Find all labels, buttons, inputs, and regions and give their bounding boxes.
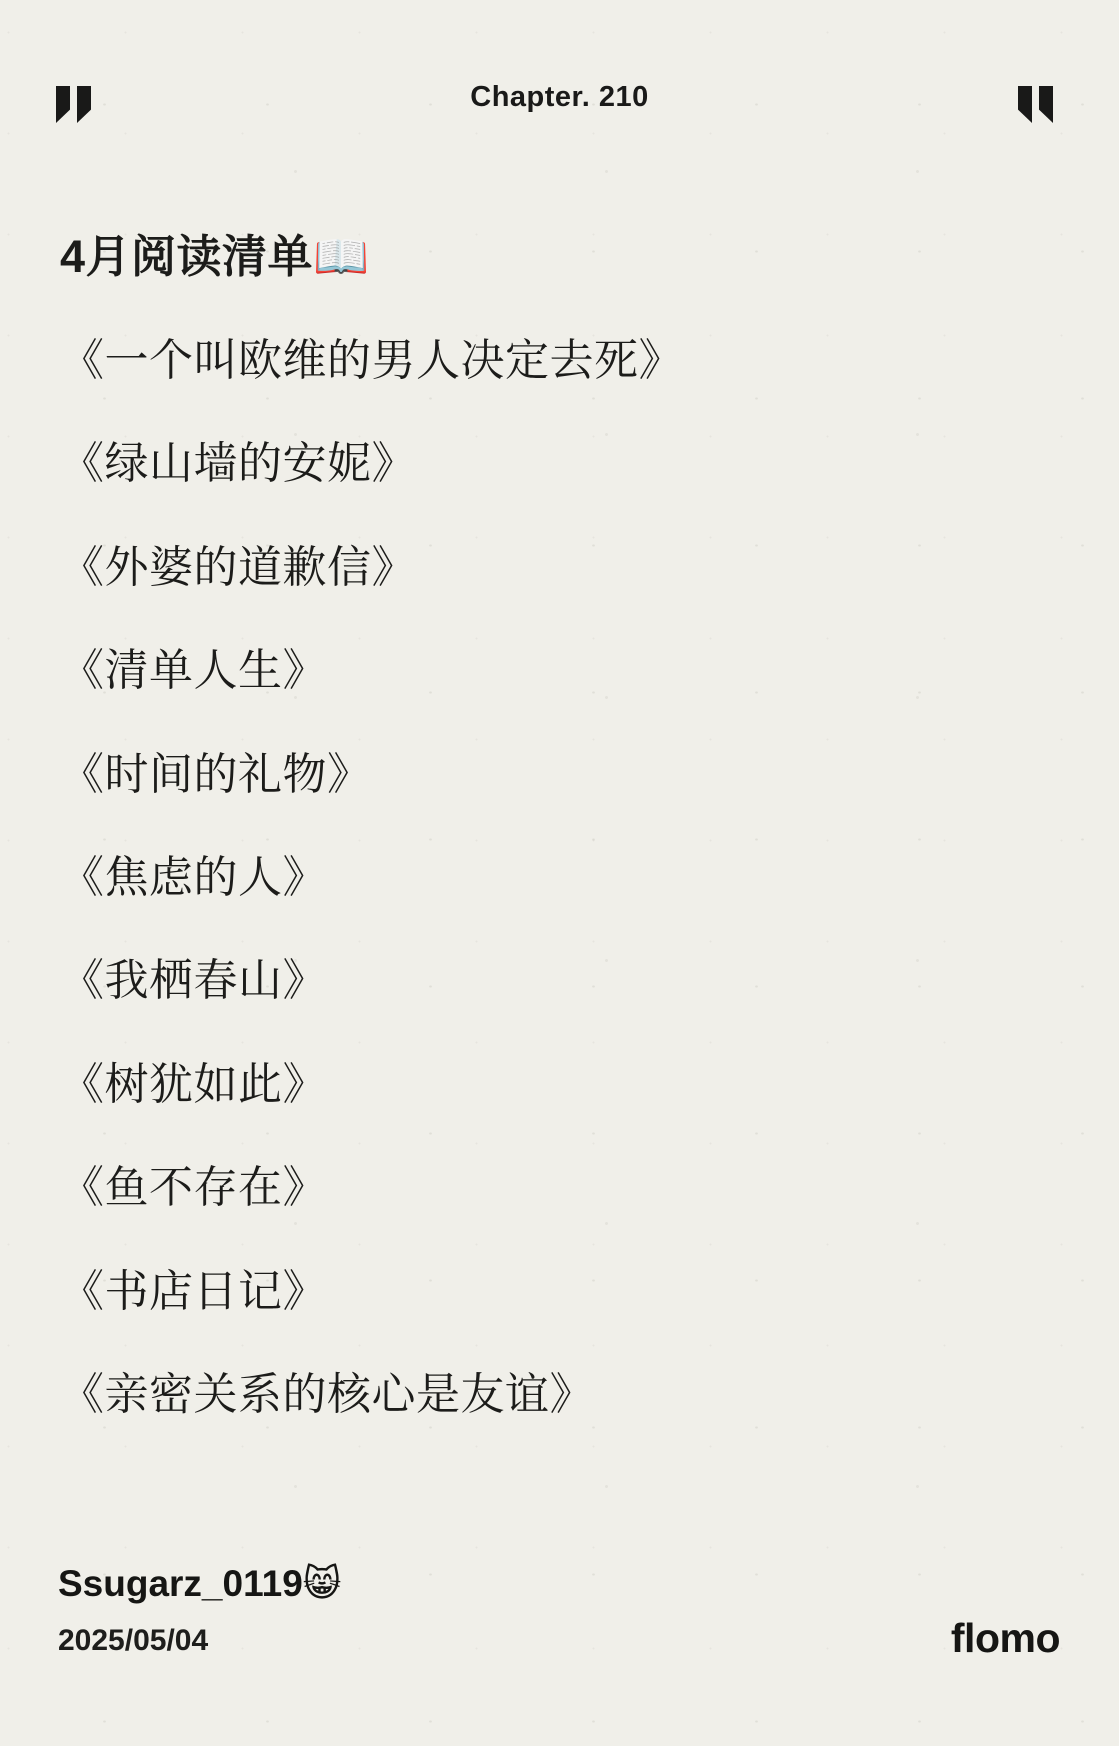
chapter-label: Chapter. 210 <box>0 80 1119 114</box>
username: Ssugarz_0119😸 <box>58 1558 341 1610</box>
flomo-share-card: Chapter. 210 4月阅读清单📖 《一个叫欧维的男人决定去死》《绿山墙的… <box>0 0 1119 1746</box>
book-title: 《书店日记》 <box>60 1235 1079 1338</box>
book-title: 《亲密关系的核心是友谊》 <box>60 1338 1079 1441</box>
book-title: 《树犹如此》 <box>60 1028 1079 1131</box>
book-list: 《一个叫欧维的男人决定去死》《绿山墙的安妮》《外婆的道歉信》《清单人生》《时间的… <box>60 304 1079 1441</box>
quote-marks-right-icon <box>1018 86 1053 123</box>
note-content: 4月阅读清单📖 《一个叫欧维的男人决定去死》《绿山墙的安妮》《外婆的道歉信》《清… <box>60 201 1079 1442</box>
book-title: 《一个叫欧维的男人决定去死》 <box>60 304 1079 407</box>
quote-bar <box>1018 86 1032 123</box>
book-title: 《鱼不存在》 <box>60 1132 1079 1235</box>
flomo-logo: flomo <box>951 1613 1060 1663</box>
note-title: 4月阅读清单📖 <box>60 201 1079 304</box>
book-title: 《清单人生》 <box>60 615 1079 718</box>
note-date: 2025/05/04 <box>58 1622 208 1660</box>
quote-bar <box>1039 86 1053 123</box>
book-title: 《我栖春山》 <box>60 925 1079 1028</box>
book-title: 《绿山墙的安妮》 <box>60 408 1079 511</box>
book-title: 《外婆的道歉信》 <box>60 511 1079 614</box>
book-title: 《时间的礼物》 <box>60 718 1079 821</box>
book-title: 《焦虑的人》 <box>60 821 1079 924</box>
